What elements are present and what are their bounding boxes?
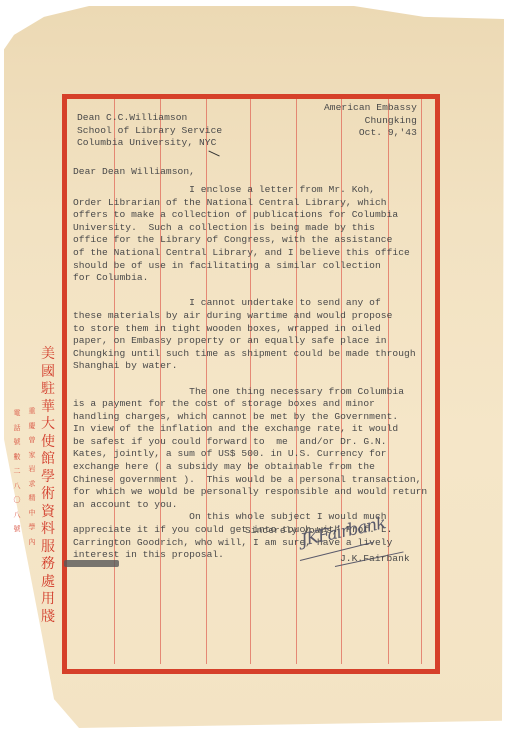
letter-body: I enclose a letter from Mr. Koh, Order L…: [73, 184, 427, 562]
recipient-school: School of Library Service: [77, 125, 222, 136]
letter-date: Oct. 9,'43: [359, 127, 417, 138]
sender-org: American Embassy: [324, 102, 417, 113]
typed-signer-name: J.K.Fairbank: [340, 553, 410, 566]
sender-city: Chungking: [365, 115, 417, 126]
sender-block: American Embassy Chungking Oct. 9,'43: [324, 102, 417, 140]
recipient-name: Dean C.C.Williamson: [77, 112, 187, 123]
recipient-university: Columbia University, NYC: [77, 137, 216, 148]
letterhead-address: 重慶曾家岩求精中學內: [27, 404, 37, 549]
crossed-out-text: [64, 560, 119, 567]
salutation: Dear Dean Williamson,: [73, 166, 195, 179]
letterhead-phone: 電話號數二八〇八號: [12, 406, 22, 537]
recipient-block: Dean C.C.Williamson School of Library Se…: [77, 112, 222, 150]
letterhead-title: 美國駐華大使館學術資料服務處用牋: [40, 346, 56, 626]
